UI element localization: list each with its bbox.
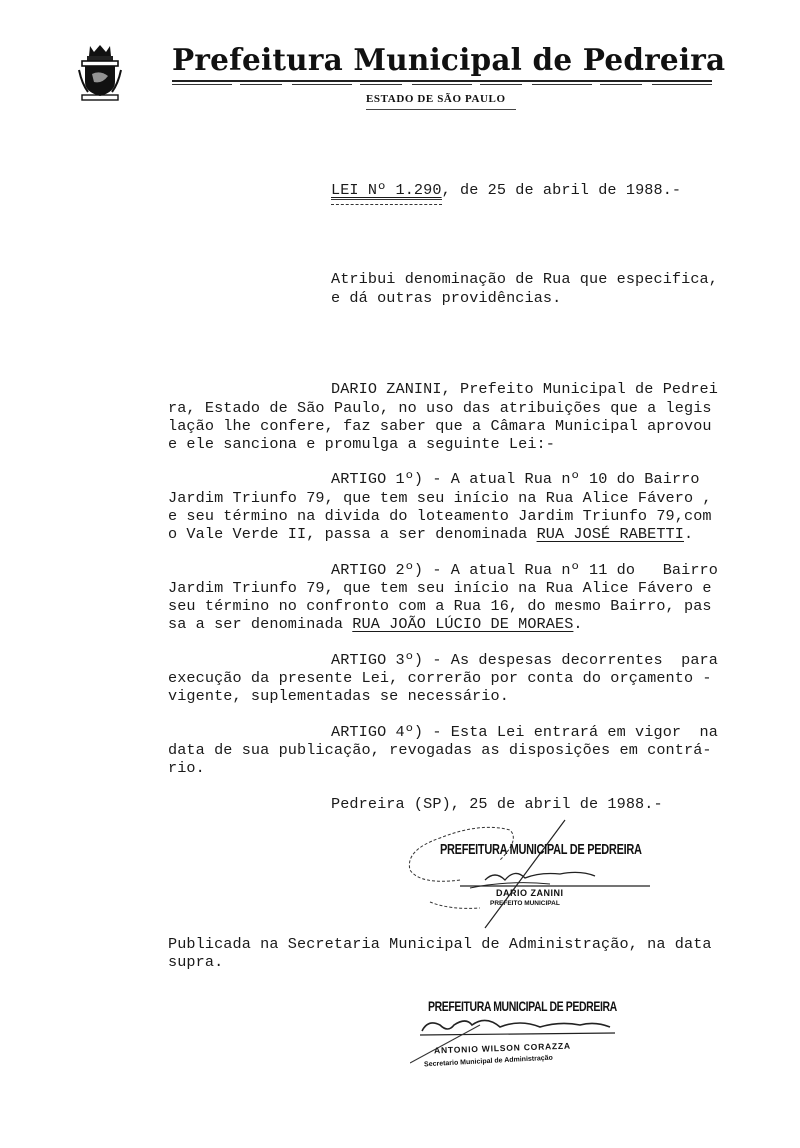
letterhead-title: Prefeitura Municipal de Pedreira bbox=[172, 42, 725, 77]
article-2-line: seu término no confronto com a Rua 16, d… bbox=[168, 597, 712, 615]
law-number-double-underline bbox=[331, 199, 442, 205]
law-title: LEI Nº 1.290, de 25 de abril de 1988.- bbox=[331, 181, 681, 199]
street-name-2: RUA JOÃO LÚCIO DE MORAES bbox=[352, 615, 573, 633]
state-underline bbox=[366, 109, 516, 110]
preamble-line: ra, Estado de São Paulo, no uso das atri… bbox=[168, 399, 712, 417]
article-1-line: Jardim Triunfo 79, que tem seu início na… bbox=[168, 489, 712, 507]
publication-line: supra. bbox=[168, 953, 223, 971]
secretary-stamp: PREFEITURA MUNICIPAL DE PEDREIRA bbox=[428, 999, 617, 1015]
ementa-line: Atribui denominação de Rua que especific… bbox=[331, 270, 718, 288]
preamble-line: e ele sanciona e promulga a seguinte Lei… bbox=[168, 435, 555, 453]
article-4-line: ARTIGO 4º) - Esta Lei entrará em vigor n… bbox=[331, 723, 718, 741]
letterhead-rule bbox=[172, 80, 712, 82]
article-2-text: sa a ser denominada bbox=[168, 615, 352, 633]
document-page: Prefeitura Municipal de Pedreira ESTADO … bbox=[0, 0, 800, 1148]
article-3-line: vigente, suplementadas se necessário. bbox=[168, 687, 509, 705]
article-1-line: o Vale Verde II, passa a ser denominada … bbox=[168, 525, 693, 543]
article-2-line: sa a ser denominada RUA JOÃO LÚCIO DE MO… bbox=[168, 615, 583, 633]
letterhead-state: ESTADO DE SÃO PAULO bbox=[366, 93, 506, 105]
law-number: LEI Nº 1.290 bbox=[331, 181, 442, 199]
preamble-line: lação lhe confere, faz saber que a Câmar… bbox=[168, 417, 712, 435]
letterhead-rule-secondary bbox=[172, 84, 712, 85]
ementa-line: e dá outras providências. bbox=[331, 289, 561, 307]
mayor-stamp: PREFEITURA MUNICIPAL DE PEDREIRA bbox=[440, 842, 642, 858]
article-2-line: ARTIGO 2º) - A atual Rua nº 11 do Bairro bbox=[331, 561, 718, 579]
mayor-role: PREFEITO MUNICIPAL bbox=[490, 900, 560, 907]
law-date: , de 25 de abril de 1988.- bbox=[442, 181, 682, 199]
article-1-line: e seu término na divida do loteamento Ja… bbox=[168, 507, 712, 525]
handwritten-signature-icon bbox=[400, 810, 660, 940]
preamble-line: DARIO ZANINI, Prefeito Municipal de Pedr… bbox=[331, 380, 718, 398]
street-name-1: RUA JOSÉ RABETTI bbox=[537, 525, 684, 543]
coat-of-arms-icon bbox=[78, 44, 122, 102]
mayor-name: DARIO ZANINI bbox=[496, 888, 564, 898]
article-1-text: o Vale Verde II, passa a ser denominada bbox=[168, 525, 537, 543]
article-3-line: execução da presente Lei, correrão por c… bbox=[168, 669, 712, 687]
mayor-signature-block: PREFEITURA MUNICIPAL DE PEDREIRA DARIO Z… bbox=[400, 810, 660, 940]
publication-line: Publicada na Secretaria Municipal de Adm… bbox=[168, 935, 712, 953]
article-2-line: Jardim Triunfo 79, que tem seu início na… bbox=[168, 579, 712, 597]
article-4-line: rio. bbox=[168, 759, 205, 777]
article-1-line: ARTIGO 1º) - A atual Rua nº 10 do Bairro bbox=[331, 470, 700, 488]
secretary-signature-block: PREFEITURA MUNICIPAL DE PEDREIRA ANTONIO… bbox=[410, 995, 640, 1075]
article-3-line: ARTIGO 3º) - As despesas decorrentes par… bbox=[331, 651, 718, 669]
article-4-line: data de sua publicação, revogadas as dis… bbox=[168, 741, 712, 759]
